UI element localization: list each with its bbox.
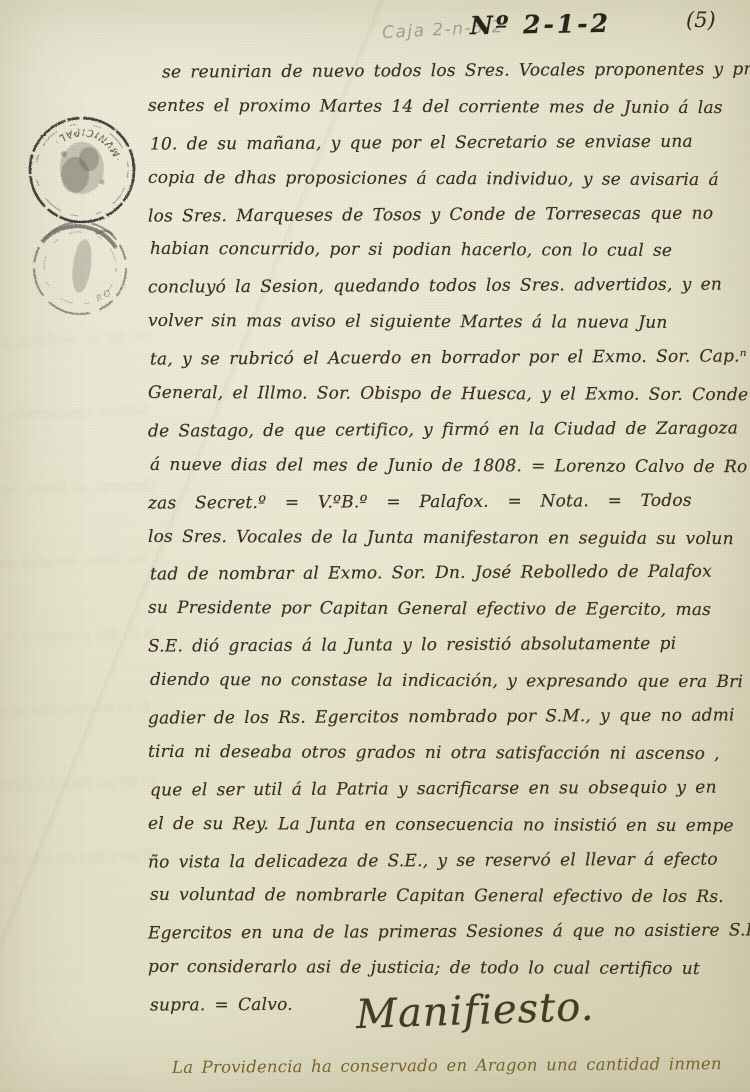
manuscript-line: General, el Illmo. Sor. Obispo de Huesca… [148,376,738,414]
bleedthrough-ghost-line: tiria ni deseaba otros grados ni otra sa… [0,697,150,721]
manuscript-page: 10. de su mañana, y que por el Secretari… [0,0,750,1092]
page-number: (5) [686,8,716,32]
manuscript-line: concluyó la Sesion, quedando todos los S… [148,268,738,307]
manuscript-line: los Sres. Marqueses de Tosos y Conde de … [148,196,738,235]
bleedthrough-ghost-line: General, el Illmo. Sor. Obispo de Huesca… [0,475,156,499]
manuscript-line: el de su Rey. La Junta en consecuencia n… [148,807,738,845]
manuscript-line: zas Secret.º = V.ºB.º = Palafox. = Nota.… [148,483,738,522]
manuscript-line: de Sastago, de que certifico, y firmó en… [148,411,738,450]
manuscript-line: que el ser util á la Patria y sacrificar… [150,770,738,809]
manuscript-line: los Sres. Vocales de la Junta manifestar… [148,519,738,557]
manuscript-line: tad de nombrar al Exmo. Sor. Dn. José Re… [150,555,738,594]
manuscript-line: ño vista la delicadeza de S.E., y se res… [148,842,738,881]
bleedthrough-ghost-line: S.E. dió gracias á la Junta y lo resisti… [0,623,154,647]
bleedthrough-ghost-line: habian concurrido, por si podian hacerlo… [0,401,150,425]
manuscript-line: gadier de los Rs. Egercitos nombrado por… [148,698,738,737]
bleedthrough-ghost-line: Egercitos en una de las primeras Sesione… [0,845,152,869]
manuscript-line: Egercitos en una de las primeras Sesione… [148,914,738,953]
manuscript-line: tiria ni deseaba otros grados ni otra sa… [148,735,738,773]
manuscript-line: diendo que no constase la indicación, y … [150,663,738,701]
manuscript-line: su voluntad de nombrarle Capitan General… [150,878,738,916]
manuscript-text-block: se reunirian de nuevo todos los Sres. Vo… [148,54,738,1023]
bleedthrough-ghost-line: los Sres. Vocales de la Junta manifestar… [0,549,148,573]
manuscript-line: á nueve dias del mes de Junio de 1808. =… [150,448,738,486]
document-number: Nº 2-1-2 [470,9,611,40]
manifiesto-heading: Manifiesto. [355,984,595,1038]
manuscript-line: su Presidente por Capitan General efecti… [148,591,738,629]
manuscript-line: copia de dhas proposiciones á cada indiv… [148,161,738,199]
manuscript-line: ta, y se rubricó el Acuerdo en borrador … [150,340,738,379]
round-stamp-lower: RO [34,222,126,314]
round-stamp-upper: ·MVNICIPAL· [30,118,134,222]
manuscript-line: por considerarlo asi de justicia; de tod… [148,950,738,988]
manuscript-line: sentes el proximo Martes 14 del corrient… [148,89,738,127]
bleedthrough-ghost-line: el de su Rey. La Junta en consecuencia n… [0,771,156,795]
manuscript-line: La Providencia ha conservado en Aragon u… [172,1054,722,1077]
manuscript-line: habian concurrido, por si podian hacerlo… [150,232,738,270]
manuscript-line: se reunirian de nuevo todos los Sres. Vo… [148,52,738,91]
manuscript-line: volver sin mas aviso el siguiente Martes… [148,304,738,342]
manuscript-line: S.E. dió gracias á la Junta y lo resisti… [148,627,738,666]
manuscript-line: 10. de su mañana, y que por el Secretari… [150,124,738,163]
